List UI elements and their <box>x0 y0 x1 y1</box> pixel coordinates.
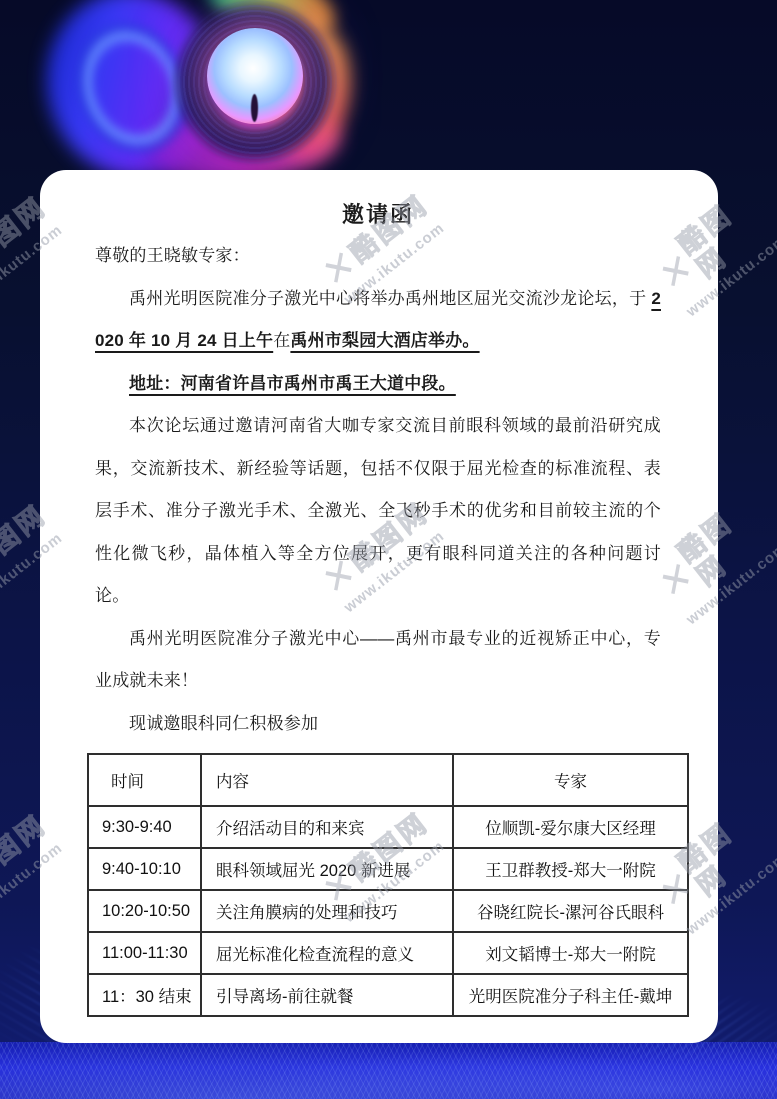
cell-time: 9:40-10:10 <box>88 848 201 890</box>
cell-expert: 谷晓红院长-漯河谷氏眼科 <box>453 890 688 932</box>
header-time: 时间 <box>88 754 201 806</box>
letter-paragraph-slogan: 禹州光明医院准分子激光中心——禹州市最专业的近视矫正中心，专业成就未来！ <box>95 618 661 703</box>
cell-content: 介绍活动目的和来宾 <box>201 806 453 848</box>
letter-title: 邀请函 <box>95 198 661 229</box>
letter-paragraph-event: 禹州光明医院准分子激光中心将举办禹州地区屈光交流沙龙论坛，于 2020 年 10… <box>95 278 661 363</box>
letter-paragraph-topics: 本次论坛通过邀请河南省大咖专家交流目前眼科领域的最前沿研究成果，交流新技术、新经… <box>95 405 661 618</box>
cell-time: 9:30-9:40 <box>88 806 201 848</box>
cell-time: 11:00-11:30 <box>88 932 201 974</box>
cell-time: 10:20-10:50 <box>88 890 201 932</box>
cell-content: 眼科领域屈光 2020 新进展 <box>201 848 453 890</box>
letter-greeting: 尊敬的王晓敏专家： <box>95 235 661 278</box>
cell-content: 关注角膜病的处理和技巧 <box>201 890 453 932</box>
cell-expert: 王卫群教授-郑大一附院 <box>453 848 688 890</box>
hero-person-silhouette <box>251 94 258 122</box>
cell-expert: 光明医院准分子科主任-戴坤 <box>453 974 688 1016</box>
event-venue-bold: 禹州市梨园大酒店举办。 <box>290 331 479 350</box>
event-text-normal-1: 禹州光明医院准分子激光中心将举办禹州地区屈光交流沙龙论坛，于 <box>129 289 651 308</box>
cell-content: 引导离场-前往就餐 <box>201 974 453 1016</box>
letter-address-line: 地址：河南省许昌市禹州市禹王大道中段。 <box>95 363 661 406</box>
header-content: 内容 <box>201 754 453 806</box>
schedule-table: 时间 内容 专家 9:30-9:40 介绍活动目的和来宾 位顺凯-爱尔康大区经理… <box>87 753 689 1017</box>
event-text-normal-2: 在 <box>273 331 290 350</box>
table-row: 9:40-10:10 眼科领域屈光 2020 新进展 王卫群教授-郑大一附院 <box>88 848 688 890</box>
table-row: 10:20-10:50 关注角膜病的处理和技巧 谷晓红院长-漯河谷氏眼科 <box>88 890 688 932</box>
schedule-header-row: 时间 内容 专家 <box>88 754 688 806</box>
table-row: 11：30 结束 引导离场-前往就餐 光明医院准分子科主任-戴坤 <box>88 974 688 1016</box>
invitation-letter-card: 邀请函 尊敬的王晓敏专家： 禹州光明医院准分子激光中心将举办禹州地区屈光交流沙龙… <box>40 170 718 1043</box>
letter-paragraph-invite: 现诚邀眼科同仁积极参加 <box>95 703 661 746</box>
cell-time: 11：30 结束 <box>88 974 201 1016</box>
cell-content: 屈光标准化检查流程的意义 <box>201 932 453 974</box>
letter-body: 邀请函 尊敬的王晓敏专家： 禹州光明医院准分子激光中心将举办禹州地区屈光交流沙龙… <box>95 198 661 745</box>
table-row: 9:30-9:40 介绍活动目的和来宾 位顺凯-爱尔康大区经理 <box>88 806 688 848</box>
header-expert: 专家 <box>453 754 688 806</box>
hero-abstract-eye-image <box>55 0 340 188</box>
cell-expert: 刘文韬博士-郑大一附院 <box>453 932 688 974</box>
table-row: 11:00-11:30 屈光标准化检查流程的意义 刘文韬博士-郑大一附院 <box>88 932 688 974</box>
cell-expert: 位顺凯-爱尔康大区经理 <box>453 806 688 848</box>
